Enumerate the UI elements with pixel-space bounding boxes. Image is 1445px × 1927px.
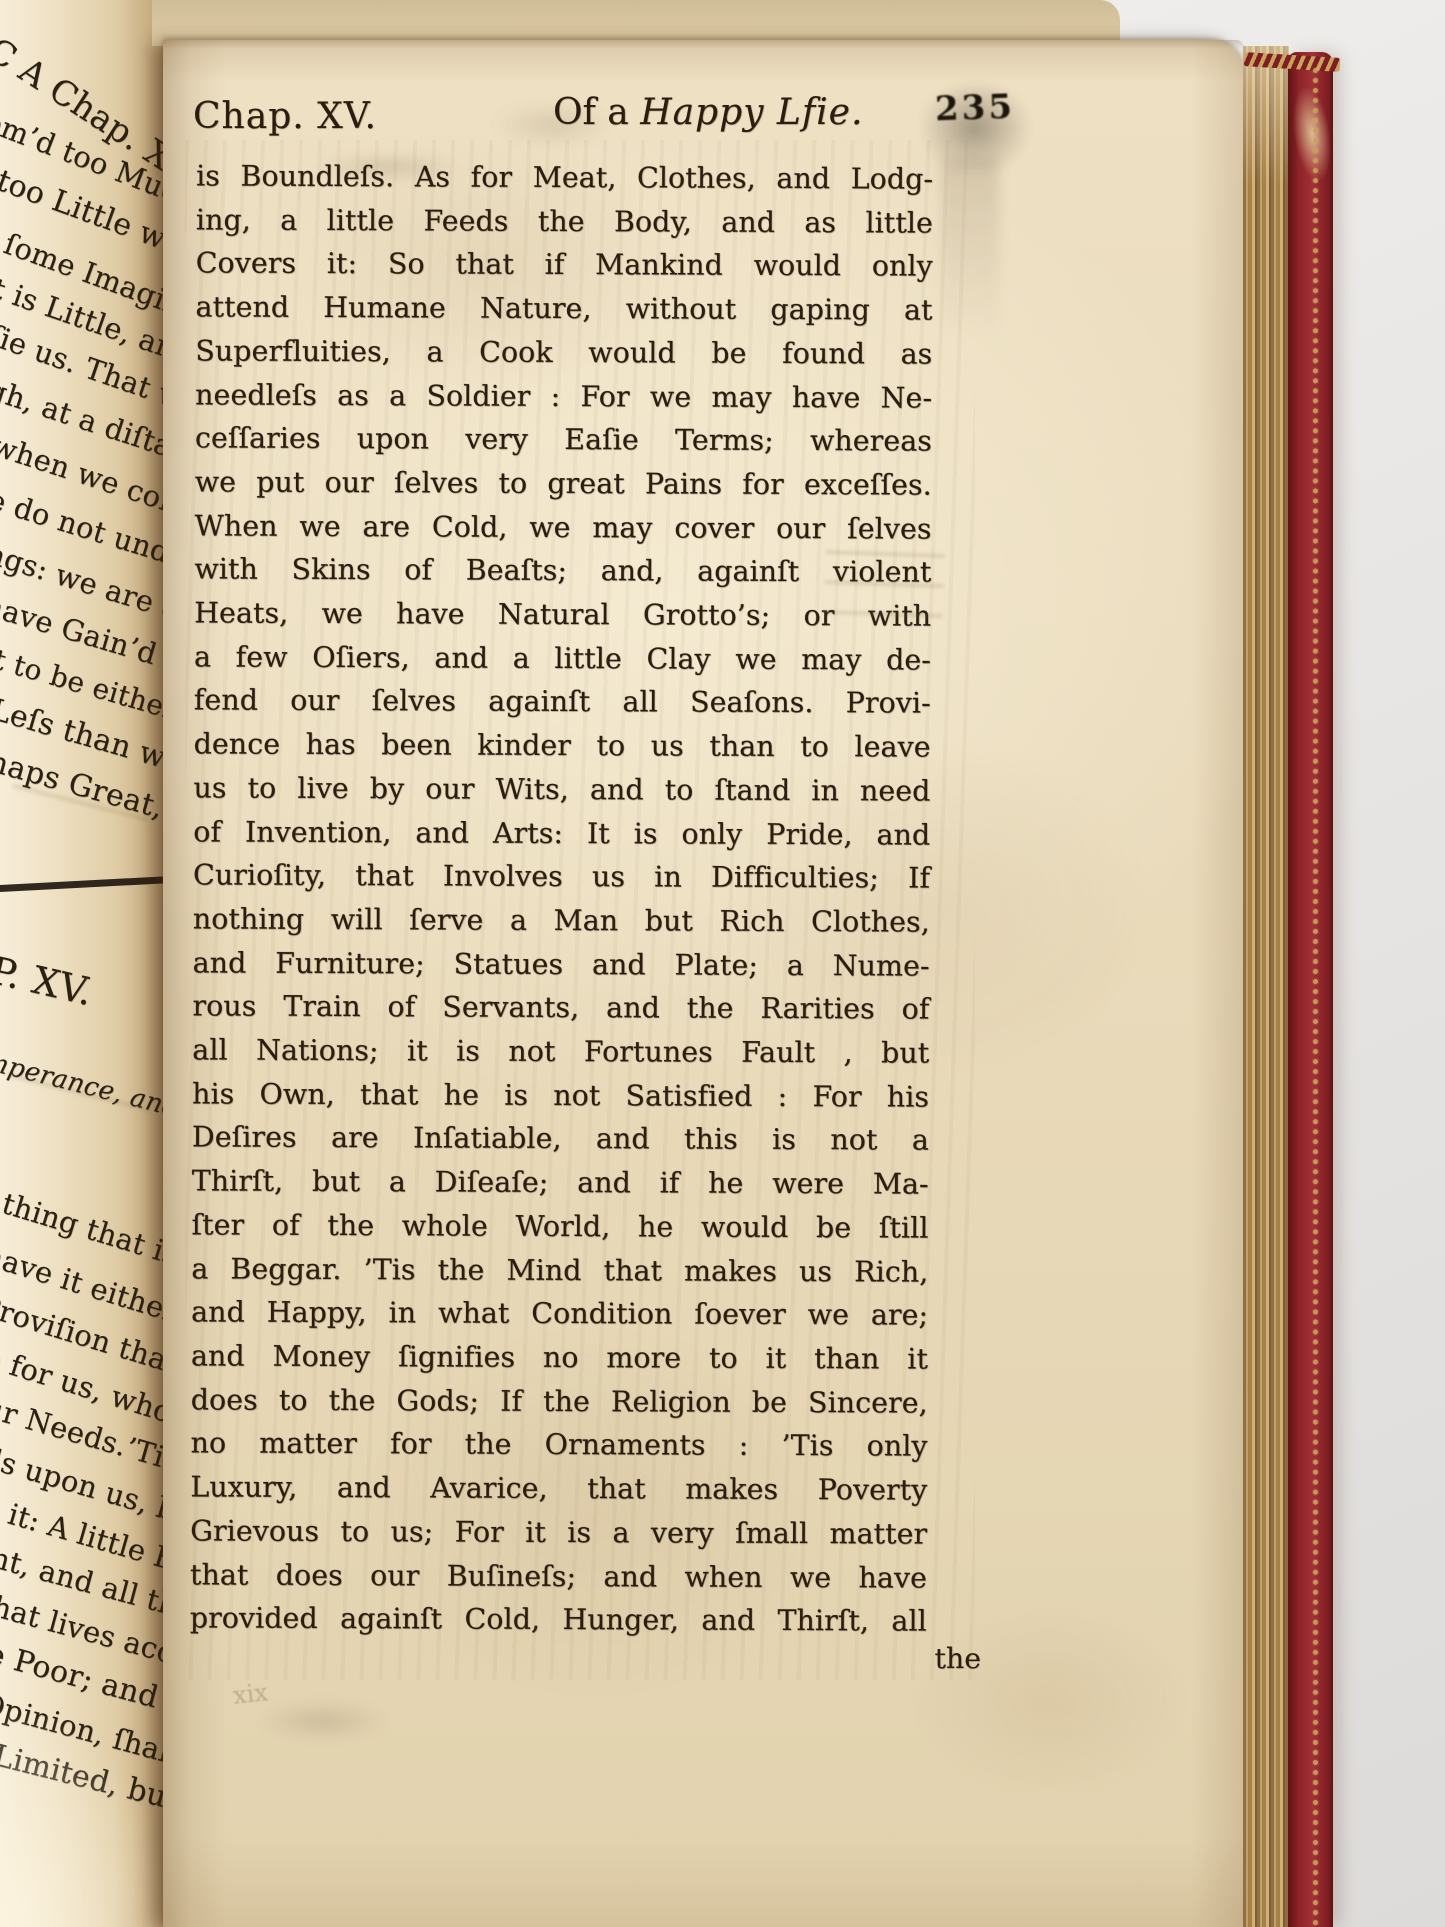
- text-line: us to live by our Wits, and to ſtand in …: [193, 766, 930, 813]
- left-page-text-fragment: P. XV.: [0, 948, 97, 1014]
- text-line: rous Train of Servants, and the Rarities…: [192, 985, 929, 1032]
- text-line: Thirſt, but a Diſeaſe; and if he were Ma…: [192, 1160, 929, 1207]
- photo-background: C A Chap. XVem’d too Much whtoo Little w…: [0, 0, 1445, 1927]
- text-line: no matter for the Ornaments : ’Tis only: [191, 1422, 928, 1469]
- ink-smudge: [258, 1700, 388, 1742]
- text-line: provided againſt Cold, Hunger, and Thirſ…: [190, 1597, 927, 1644]
- catchword: the: [193, 1642, 981, 1675]
- text-line: Luxury, and Avarice, that makes Poverty: [190, 1465, 927, 1512]
- book-page: Chap. XV. Of a Happy Lfie. 235 is Boundl…: [163, 40, 1245, 1927]
- page-title: Of a Happy Lfie.: [553, 92, 863, 133]
- text-line: is Boundleſs. As for Meat, Clothes, and …: [196, 154, 933, 201]
- text-line: of Invention, and Arts: It is only Pride…: [193, 810, 930, 857]
- text-line: Superfluities, a Cook would be found as: [195, 329, 932, 376]
- body-text: is Boundleſs. As for Meat, Clothes, and …: [190, 154, 933, 1643]
- ink-drip: [941, 158, 999, 338]
- page-top-crease: [163, 40, 1245, 49]
- text-line: ſter of the whole World, he would be ſti…: [191, 1203, 928, 1250]
- text-line: all Nations; it is not Fortunes Fault , …: [192, 1028, 929, 1075]
- chapter-label: Chap. XV.: [193, 96, 377, 137]
- text-line: and Furniture; Statues and Plate; a Nume…: [193, 941, 930, 988]
- page-title-italic: Happy Lfie.: [640, 92, 863, 133]
- text-line: Heats, we have Natural Grotto’s; or with: [194, 591, 931, 638]
- left-page-edge: C A Chap. XVem’d too Much whtoo Little w…: [0, 0, 186, 1927]
- text-line: with Skins of Beaſts; and, againſt viole…: [194, 548, 931, 595]
- text-line: his Own, that he is not Satisfied : For …: [192, 1072, 929, 1119]
- text-line: we put our ſelves to great Pains for exc…: [195, 460, 932, 507]
- text-line: and Money ſignifies no more to it than i…: [191, 1334, 928, 1381]
- text-line: fend our ſelves againſt all Seaſons. Pro…: [194, 679, 931, 726]
- page-title-roman: Of a: [553, 92, 640, 133]
- show-through-note: [821, 550, 945, 674]
- text-line: ing, a little Feeds the Body, and as lit…: [196, 198, 933, 245]
- text-line: that does our Buſineſs; and when we have: [190, 1553, 927, 1600]
- text-line: and Happy, in what Condition ſoever we a…: [191, 1291, 928, 1338]
- gilt-dotted-line: [1313, 68, 1318, 1927]
- text-line: attend Humane Nature, without gaping at: [195, 286, 932, 333]
- worn-leather-patch: [1287, 84, 1336, 184]
- text-line: ceſſaries upon very Eaſie Terms; whereas: [195, 417, 932, 464]
- text-line: Deſires are Inſatiable, and this is not …: [192, 1116, 929, 1163]
- section-rule: [0, 874, 186, 892]
- text-line: a Beggar. ’Tis the Mind that makes us Ri…: [191, 1247, 928, 1294]
- text-line: Covers it: So that if Mankind would only: [196, 242, 933, 289]
- gilt-page-edges: [1243, 46, 1289, 1927]
- left-page-text-fragment: mperance, and Mo: [0, 1046, 186, 1136]
- text-line: When we are Cold, we may cover our ſelve…: [195, 504, 932, 551]
- text-line: does to the Gods; If the Religion be Sin…: [191, 1378, 928, 1425]
- text-line: dence has been kinder to us than to leav…: [194, 723, 931, 770]
- text-line: Grievous to us; For it is a very ſmall m…: [190, 1509, 927, 1556]
- text-line: nothing will ſerve a Man but Rich Clothe…: [193, 897, 930, 944]
- text-line: needleſs as a Soldier : For we may have …: [195, 373, 932, 420]
- page-curl-highlight: [0, 1707, 170, 1927]
- page-number: 235: [934, 87, 1015, 130]
- leather-binding: [1288, 52, 1333, 1927]
- text-line: Curioſity, that Involves us in Difficult…: [193, 854, 930, 901]
